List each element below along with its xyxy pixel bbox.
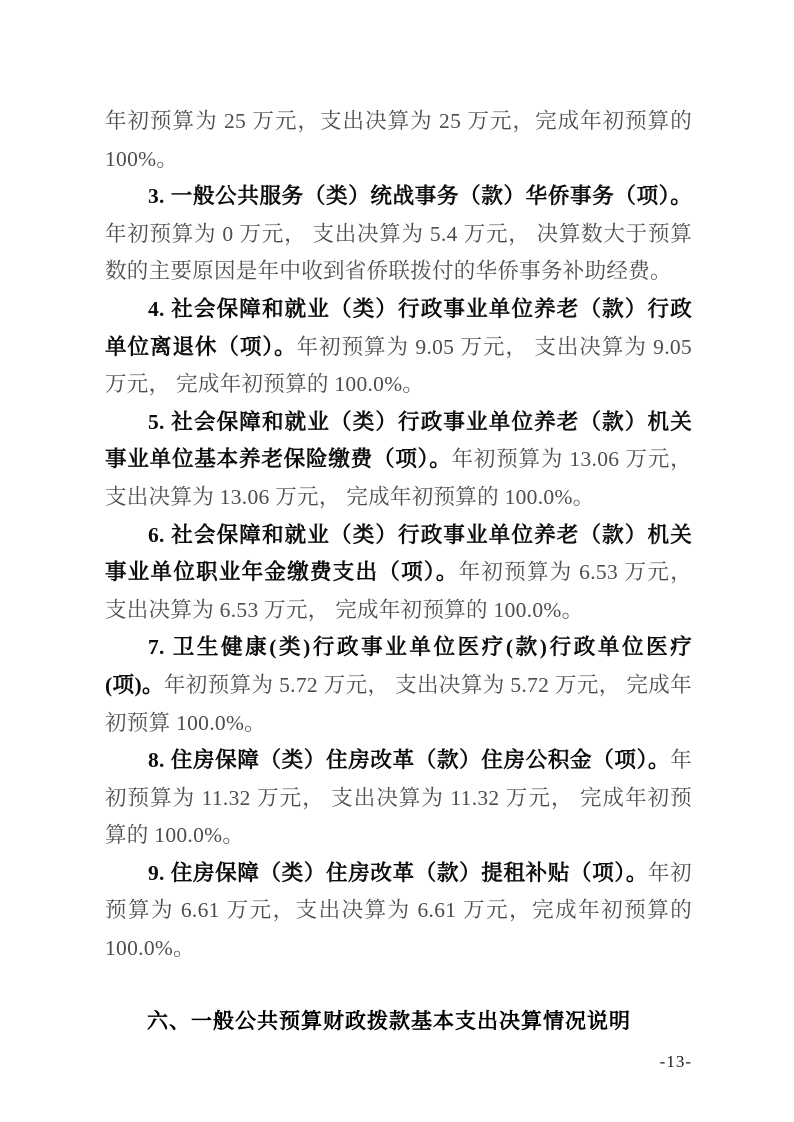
budget-item-9-title: 9. 住房保障（类）住房改革（款）提租补贴（项）。 xyxy=(148,861,648,885)
budget-item-4: 4. 社会保障和就业（类）行政事业单位养老（款）行政单位离退休（项）。年初预算为… xyxy=(105,291,692,404)
budget-item-9: 9. 住房保障（类）住房改革（款）提租补贴（项）。年初预算为 6.61 万元，支… xyxy=(105,855,692,968)
budget-item-8: 8. 住房保障（类）住房改革（款）住房公积金（项）。年初预算为 11.32 万元… xyxy=(105,742,692,855)
document-body: 年初预算为 25 万元，支出决算为 25 万元，完成年初预算的 100%。 3.… xyxy=(105,103,692,1072)
budget-item-7-text: 年初预算为 5.72 万元， 支出决算为 5.72 万元， 完成年初预算 100… xyxy=(105,673,692,735)
budget-item-8-title: 8. 住房保障（类）住房改革（款）住房公积金（项）。 xyxy=(148,748,670,772)
budget-item-6: 6. 社会保障和就业（类）行政事业单位养老（款）机关事业单位职业年金缴费支出（项… xyxy=(105,517,692,630)
document-page: 年初预算为 25 万元，支出决算为 25 万元，完成年初预算的 100%。 3.… xyxy=(0,0,794,1122)
paragraph-continuation: 年初预算为 25 万元，支出决算为 25 万元，完成年初预算的 100%。 xyxy=(105,103,692,178)
budget-item-3-title: 3. 一般公共服务（类）统战事务（款）华侨事务（项）。 xyxy=(148,184,692,208)
page-number: -13- xyxy=(105,1052,692,1072)
budget-item-3-text: 年初预算为 0 万元， 支出决算为 5.4 万元， 决算数大于预算数的主要原因是… xyxy=(105,222,692,284)
paragraph-continuation-text: 年初预算为 25 万元，支出决算为 25 万元，完成年初预算的 100%。 xyxy=(105,109,692,171)
section-heading: 六、一般公共预算财政拨款基本支出决算情况说明 xyxy=(105,1003,692,1040)
budget-item-3: 3. 一般公共服务（类）统战事务（款）华侨事务（项）。年初预算为 0 万元， 支… xyxy=(105,178,692,291)
budget-item-7: 7. 卫生健康(类)行政事业单位医疗(款)行政单位医疗(项)。年初预算为 5.7… xyxy=(105,629,692,742)
budget-item-5: 5. 社会保障和就业（类）行政事业单位养老（款）机关事业单位基本养老保险缴费（项… xyxy=(105,404,692,517)
